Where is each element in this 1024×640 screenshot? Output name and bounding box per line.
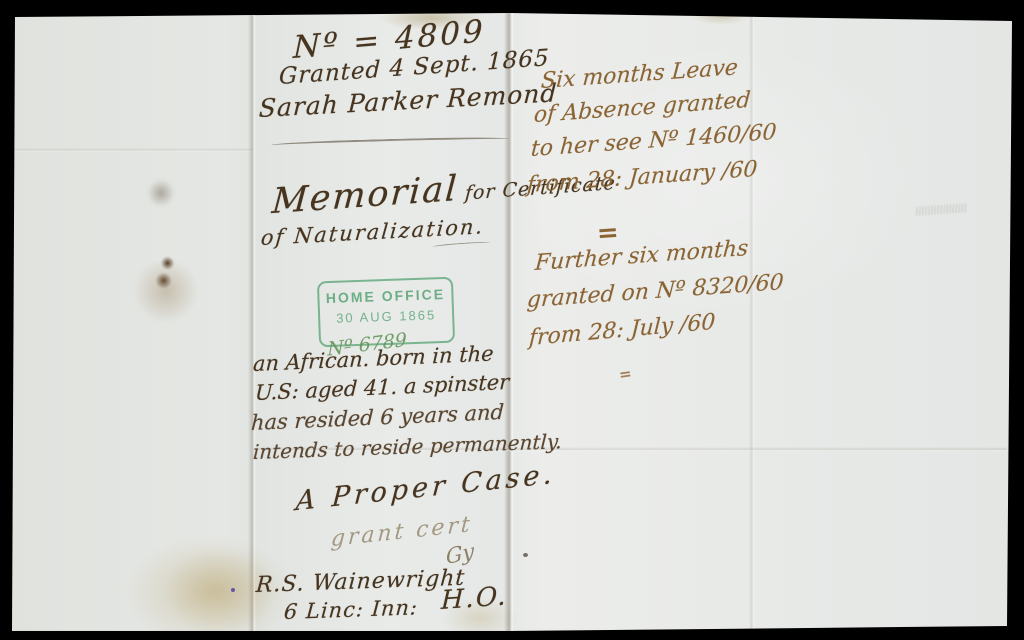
- home-office-stamp: HOME OFFICE 30 AUG 1865 Nº 6789: [317, 277, 455, 348]
- ink-speck: [523, 553, 528, 557]
- ink-blot: [152, 253, 178, 299]
- signature-address: 6 Linc: Inn:: [283, 595, 419, 624]
- scan-background: { "page": { "background_color": "#000000…: [0, 0, 1024, 640]
- purple-dot: [231, 588, 235, 592]
- stamp-office-name: HOME OFFICE: [319, 286, 451, 307]
- document-paper: Nº = 4809 Granted 4 Sept. 1865 Sarah Par…: [0, 0, 1024, 640]
- leave-separator-small: =: [618, 364, 633, 384]
- department-initials: H.O.: [440, 581, 508, 616]
- stamp-date: 30 AUG 1865: [320, 307, 452, 327]
